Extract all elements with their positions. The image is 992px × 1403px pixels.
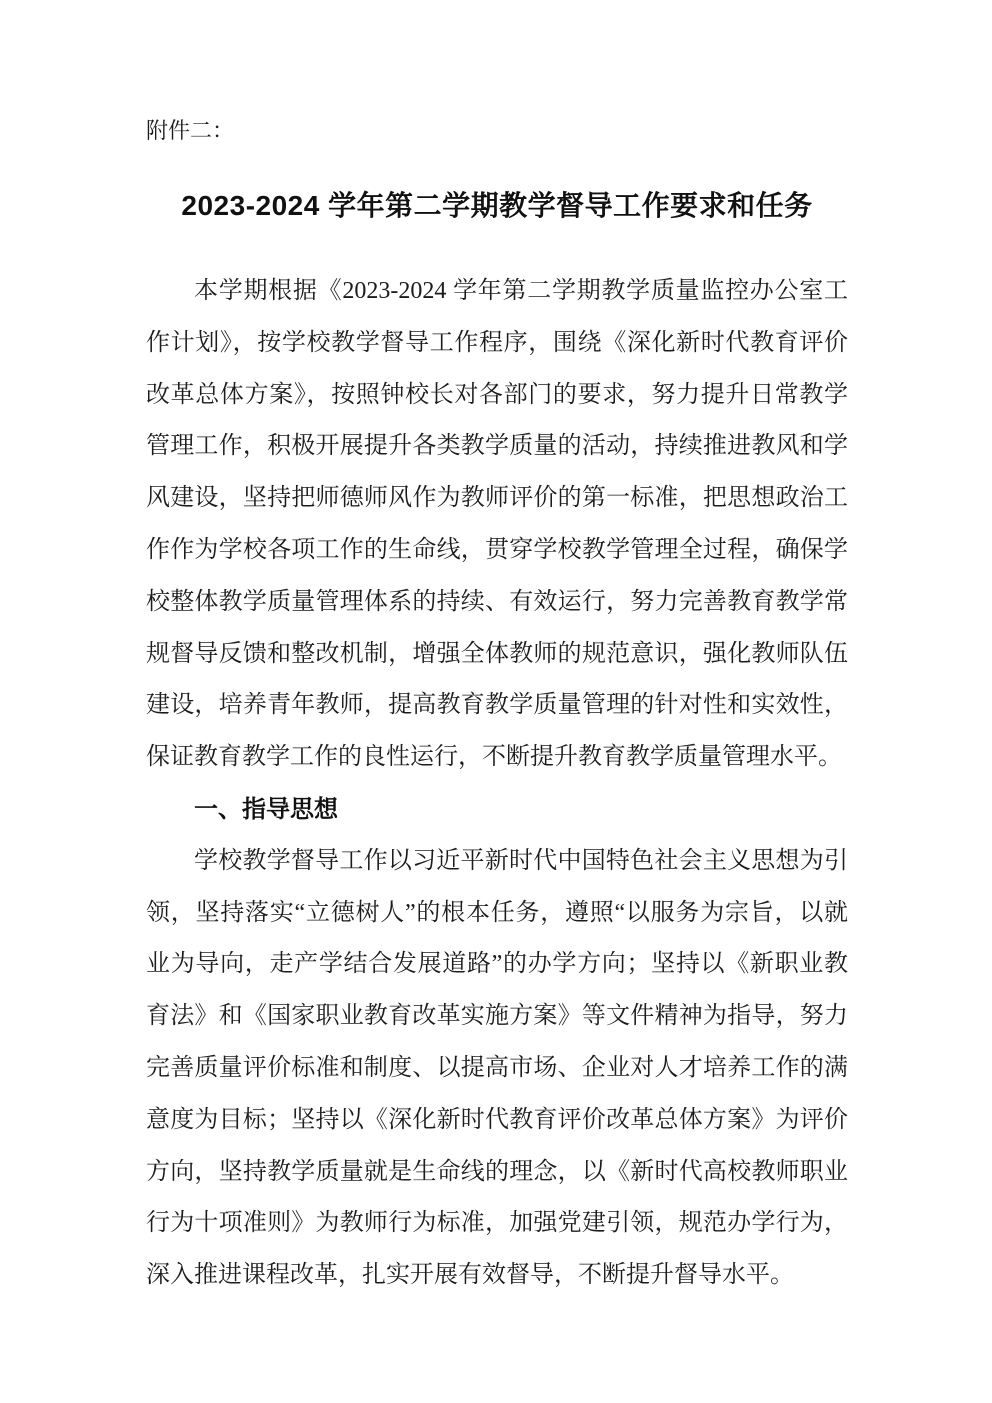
section-heading-guiding-ideology: 一、指导思想 (146, 784, 848, 836)
paragraph-guiding-ideology: 学校教学督导工作以习近平新时代中国特色社会主义思想为引领，坚持落实“立德树人”的… (146, 836, 848, 1302)
document-page: 附件二： 2023-2024 学年第二学期教学督导工作要求和任务 本学期根据《2… (0, 0, 992, 1403)
paragraph-intro: 本学期根据《2023-2024 学年第二学期教学质量监控办公室工作计划》，按学校… (146, 266, 848, 784)
document-title: 2023-2024 学年第二学期教学督导工作要求和任务 (146, 188, 848, 224)
attachment-label: 附件二： (146, 118, 848, 144)
